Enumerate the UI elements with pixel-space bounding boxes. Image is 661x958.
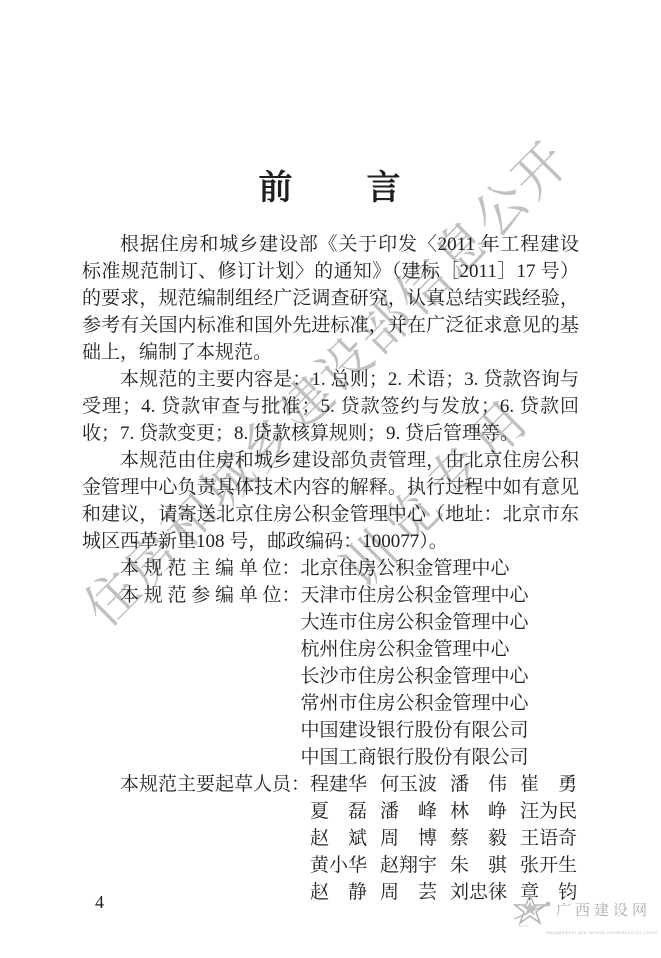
participating-label: 本 规 范 参 编 单 位：: [120, 582, 301, 609]
chief-editor-row: 本 规 范 主 编 单 位： 北京住房公积金管理中心: [82, 555, 579, 582]
participating-unit: 杭州住房公积金管理中心: [301, 636, 529, 663]
drafter-name: 周 芸: [380, 879, 437, 906]
drafter-name: 何玉波: [380, 771, 437, 798]
drafters-name-rows: 程建华何玉波潘 伟崔 勇夏 磊潘 峰林 峥汪为民赵 斌周 博蔡 毅王语奇黄小华赵…: [310, 771, 577, 906]
participating-unit: 中国工商银行股份有限公司: [301, 744, 529, 771]
drafter-name-row: 黄小华赵翔宇朱 骐张开生: [310, 852, 577, 879]
site-logo: GXJSW 广西建设网 Management and service infor…: [512, 893, 657, 936]
page-number: 4: [95, 892, 104, 913]
drafter-name: 朱 骐: [450, 852, 507, 879]
svg-text:GXJSW: GXJSW: [518, 924, 529, 928]
drafter-name: 夏 磊: [310, 798, 367, 825]
drafter-name: 黄小华: [310, 852, 367, 879]
drafter-name: 潘 伟: [450, 771, 507, 798]
drafters-row: 本规范主要起草人员： 程建华何玉波潘 伟崔 勇夏 磊潘 峰林 峥汪为民赵 斌周 …: [82, 771, 579, 906]
drafters-label: 本规范主要起草人员：: [120, 771, 310, 798]
drafter-name: 程建华: [310, 771, 367, 798]
participating-unit: 中国建设银行股份有限公司: [301, 717, 529, 744]
drafter-name: 刘忠徕: [450, 879, 507, 906]
drafter-name: 赵 斌: [310, 825, 367, 852]
participating-unit: 大连市住房公积金管理中心: [301, 609, 529, 636]
document-body: 根据住房和城乡建设部《关于印发〈2011 年工程建设标准规范制订、修订计划〉的通…: [82, 231, 579, 906]
chief-editor-label: 本 规 范 主 编 单 位：: [120, 555, 301, 582]
paragraph-contents: 本规范的主要内容是：1. 总则；2. 术语；3. 贷款咨询与受理；4. 贷款审查…: [82, 366, 579, 447]
drafter-name: 王语奇: [520, 825, 577, 852]
paragraph-basis: 根据住房和城乡建设部《关于印发〈2011 年工程建设标准规范制订、修订计划〉的通…: [82, 231, 579, 366]
drafter-name: 蔡 毅: [450, 825, 507, 852]
logo-tagline: Management and service information for c…: [546, 931, 657, 936]
star-swoosh-icon: GXJSW: [512, 893, 552, 929]
participating-list: 天津市住房公积金管理中心大连市住房公积金管理中心杭州住房公积金管理中心长沙市住房…: [301, 582, 529, 771]
paragraph-management: 本规范由住房和城乡建设部负责管理，由北京住房公积金管理中心负责具体技术内容的解释…: [82, 447, 579, 555]
drafter-name: 张开生: [520, 852, 577, 879]
participating-unit: 天津市住房公积金管理中心: [301, 582, 529, 609]
drafter-name: 崔 勇: [520, 771, 577, 798]
drafter-name-row: 夏 磊潘 峰林 峥汪为民: [310, 798, 577, 825]
logo-text: 广西建设网: [556, 904, 651, 919]
chief-editor-value: 北京住房公积金管理中心: [301, 555, 510, 582]
drafter-name: 周 博: [380, 825, 437, 852]
drafter-name: 汪为民: [520, 798, 577, 825]
drafter-name: 潘 峰: [380, 798, 437, 825]
drafter-name: 赵翔宇: [380, 852, 437, 879]
participating-row: 本 规 范 参 编 单 位： 天津市住房公积金管理中心大连市住房公积金管理中心杭…: [82, 582, 579, 771]
participating-unit: 长沙市住房公积金管理中心: [301, 663, 529, 690]
drafter-name: 赵 静: [310, 879, 367, 906]
document-page: 住房和城乡建设部信息公开 训览专用 前 言 根据住房和城乡建设部《关于印发〈20…: [0, 0, 661, 958]
drafter-name-row: 赵 斌周 博蔡 毅王语奇: [310, 825, 577, 852]
page-title: 前 言: [0, 160, 661, 209]
drafter-name: 林 峥: [450, 798, 507, 825]
drafter-name-row: 程建华何玉波潘 伟崔 勇: [310, 771, 577, 798]
participating-unit: 常州市住房公积金管理中心: [301, 690, 529, 717]
